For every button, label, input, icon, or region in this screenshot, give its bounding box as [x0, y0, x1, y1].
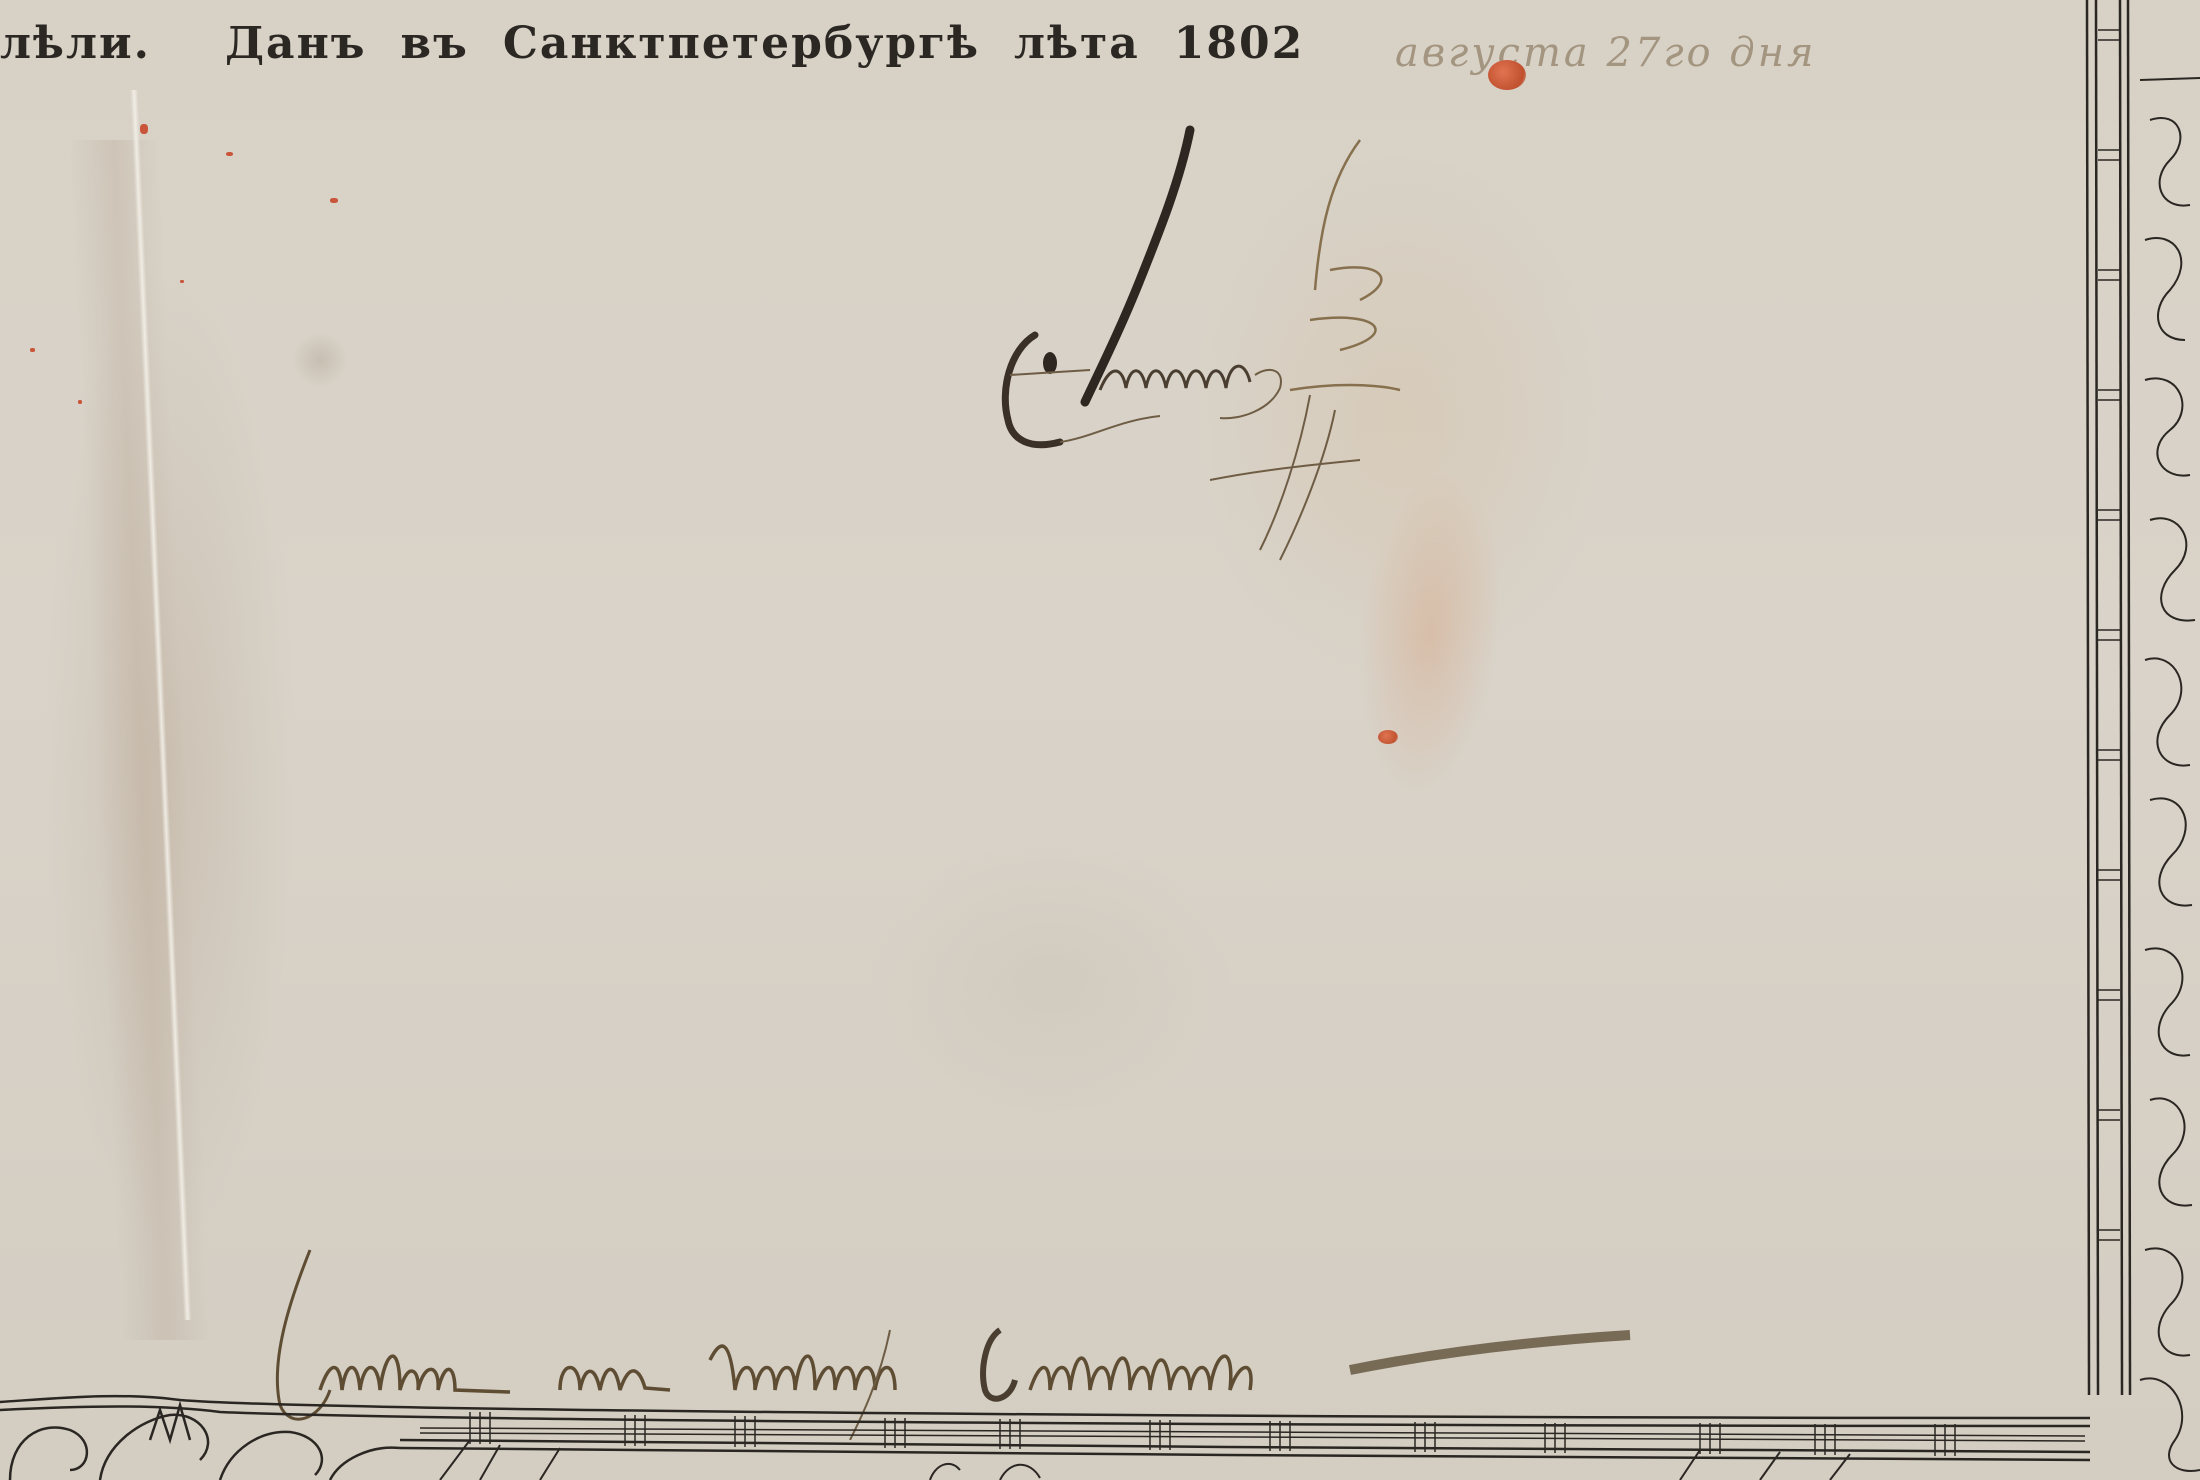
printed-text-line: лѣли. Данъ въ Санктпетербургѣ лѣта 1802 — [0, 18, 1338, 98]
countersignature — [250, 1240, 2200, 1440]
red-speck — [78, 400, 82, 404]
document-paper: лѣли. Данъ въ Санктпетербургѣ лѣта 1802 … — [0, 0, 2200, 1480]
printed-word: Санктпетербургѣ — [503, 18, 980, 69]
red-speck — [180, 280, 184, 283]
printed-word: лѣли. — [0, 18, 151, 69]
red-speck — [140, 124, 148, 134]
imperial-signature: Александръ — [860, 120, 1860, 640]
printed-year: 1802 — [1174, 18, 1304, 69]
red-speck — [226, 152, 233, 156]
red-wax-stain — [1488, 60, 1526, 90]
handwritten-date: августа 27го дня — [1395, 30, 1817, 76]
printed-word: въ — [401, 18, 469, 69]
red-speck — [30, 348, 35, 352]
red-speck — [330, 198, 338, 203]
countersignature-text: Генералъ отъ Инфантерии Вязмитиновъ — [0, 0, 1, 1]
printed-word: лѣта — [1014, 18, 1140, 69]
printed-word: Данъ — [225, 18, 367, 69]
